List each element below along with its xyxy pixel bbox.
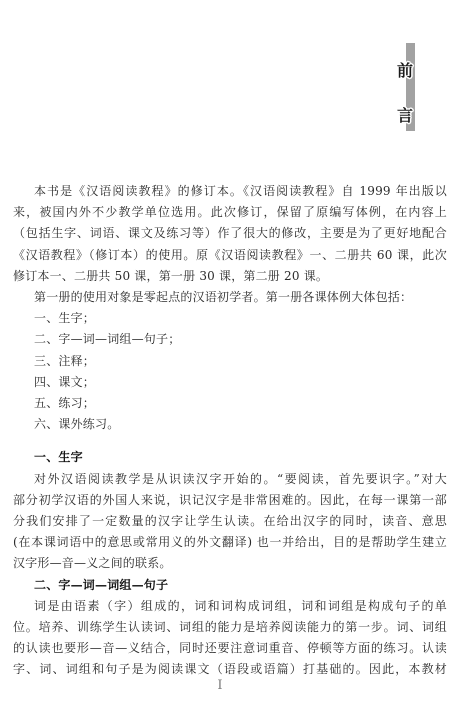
section2-line: 词是由语素（字）组成的，词和词构成词组，词和词组是构成句子的单	[13, 596, 447, 617]
page-number: I	[208, 678, 232, 693]
para1-line: （包括生字、词语、课文及练习等）作了很大的修改，主要是为了更好地配合	[13, 223, 447, 244]
section1-line: (在本课词语中的意思或常用义的外文翻译) 也一并给出，目的是帮助学生建立	[13, 532, 447, 553]
para1-line: 本书是《汉语阅读教程》的修订本。《汉语阅读教程》自 1999 年出版以	[13, 181, 447, 202]
list-item: 四、课文；	[13, 372, 447, 393]
para2-intro-line: 第一册的使用对象是零起点的汉语初学者。第一册各课体例大体包括：	[13, 287, 447, 308]
para1-line: 《汉语教程》（修订本）的使用。原《汉语阅读教程》一、二册共 60 课，此次	[13, 245, 447, 266]
section-heading-shengzi: 一、生字	[13, 447, 447, 468]
list-item: 三、注释；	[13, 351, 447, 372]
section1-line: 对外汉语阅读教学是从识读汉字开始的。“要阅读，首先要识字。”对大	[13, 469, 447, 490]
list-item: 五、练习；	[13, 393, 447, 414]
section2-line: 的认读也要形—音—义结合，同时还要注意词重音、停顿等方面的练习。认读	[13, 638, 447, 659]
section-heading-zi-ci-cizu-juzi: 二、字—词—词组—句子	[13, 575, 447, 596]
chapter-title-char-qian: 前	[397, 58, 413, 81]
section1-line: 汉字形—音—义之间的联系。	[13, 553, 447, 574]
section1-line: 部分初学汉语的外国人来说，识记汉字是非常困难的。因此，在每一课第一部	[13, 490, 447, 511]
list-item: 一、生字；	[13, 308, 447, 329]
chapter-title-char-yan: 言	[397, 103, 413, 126]
list-item: 二、字—词—词组—句子；	[13, 329, 447, 350]
section2-line: 位。培养、训练学生认读词、词组的能力是培养阅读能力的第一步。词、词组	[13, 617, 447, 638]
chapter-title-vertical: 前 言	[396, 58, 414, 126]
list-item: 六、课外练习。	[13, 414, 447, 435]
para1-line: 来，被国内外不少教学单位选用。此次修订，保留了原编写体例，在内容上	[13, 202, 447, 223]
section1-line: 分我们安排了一定数量的汉字让学生认读。在给出汉字的同时，读音、意思	[13, 511, 447, 532]
para1-line: 修订本一、二册共 50 课，第一册 30 课，第二册 20 课。	[13, 266, 447, 287]
body-text-column: 本书是《汉语阅读教程》的修订本。《汉语阅读教程》自 1999 年出版以 来，被国…	[13, 181, 447, 681]
preface-page: 前 言 本书是《汉语阅读教程》的修订本。《汉语阅读教程》自 1999 年出版以 …	[0, 0, 473, 701]
